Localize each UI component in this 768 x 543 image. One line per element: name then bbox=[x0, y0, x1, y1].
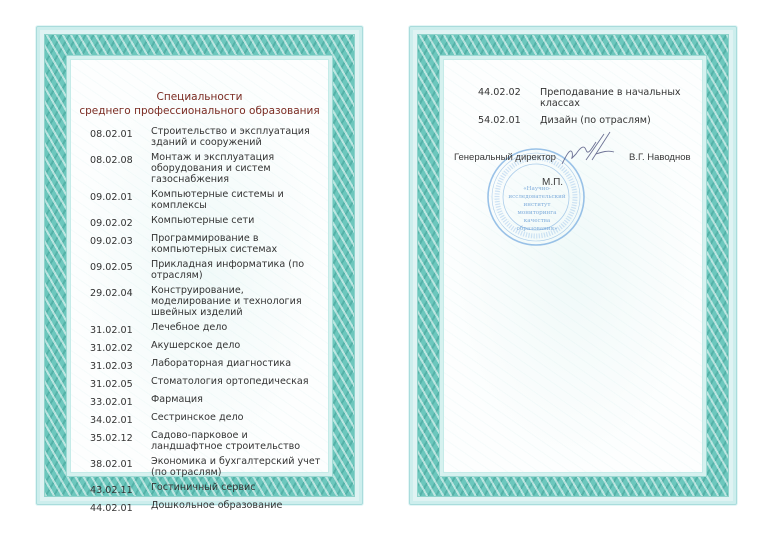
specialty-code: 31.02.02 bbox=[90, 340, 151, 354]
specialty-code: 35.02.12 bbox=[90, 430, 151, 452]
specialty-row: 44.02.02Преподавание в начальных классах bbox=[478, 87, 698, 109]
seal-label: М.П. bbox=[542, 177, 563, 188]
specialty-name: Программирование в компьютерных системах bbox=[151, 233, 322, 255]
specialty-name: Прикладная информатика (по отраслям) bbox=[151, 259, 322, 281]
specialty-row: 31.02.01Лечебное дело bbox=[90, 322, 322, 336]
left-page: Специальности среднего профессионального… bbox=[36, 26, 363, 505]
specialty-code: 43.02.11 bbox=[90, 482, 151, 496]
specialty-name: Лечебное дело bbox=[151, 322, 322, 336]
specialty-code: 34.02.01 bbox=[90, 412, 151, 426]
specialty-code: 08.02.08 bbox=[90, 152, 151, 185]
specialty-row: 09.02.05Прикладная информатика (по отрас… bbox=[90, 259, 322, 281]
specialty-name: Дизайн (по отраслям) bbox=[540, 115, 698, 126]
specialty-name: Компьютерные сети bbox=[151, 215, 322, 229]
specialty-row: 54.02.01Дизайн (по отраслям) bbox=[478, 115, 698, 126]
specialty-name: Конструирование, моделирование и техноло… bbox=[151, 285, 322, 318]
specialties-title: Специальности среднего профессионального… bbox=[71, 90, 328, 118]
specialty-row: 44.02.01Дошкольное образование bbox=[90, 500, 322, 514]
specialty-row: 34.02.01Сестринское дело bbox=[90, 412, 322, 426]
specialty-code: 31.02.05 bbox=[90, 376, 151, 390]
specialty-row: 29.02.04Конструирование, моделирование и… bbox=[90, 285, 322, 318]
specialty-name: Дошкольное образование bbox=[151, 500, 322, 514]
specialty-row: 38.02.01Экономика и бухгалтерский учет (… bbox=[90, 456, 322, 478]
specialty-code: 31.02.03 bbox=[90, 358, 151, 372]
specialty-row: 09.02.01Компьютерные системы и комплексы bbox=[90, 189, 322, 211]
page-content: Специальности среднего профессионального… bbox=[70, 59, 329, 473]
specialty-code: 31.02.01 bbox=[90, 322, 151, 336]
specialty-name: Экономика и бухгалтерский учет (по отрас… bbox=[151, 456, 322, 478]
specialty-code: 33.02.01 bbox=[90, 394, 151, 408]
specialty-row: 08.02.08Монтаж и эксплуатация оборудован… bbox=[90, 152, 322, 185]
specialty-code: 09.02.05 bbox=[90, 259, 151, 281]
specialty-code: 09.02.01 bbox=[90, 189, 151, 211]
specialty-name: Преподавание в начальных классах bbox=[540, 87, 698, 109]
right-page: 44.02.02Преподавание в начальных классах… bbox=[409, 26, 737, 505]
specialty-code: 29.02.04 bbox=[90, 285, 151, 318]
specialty-code: 44.02.01 bbox=[90, 500, 151, 514]
title-line-2: среднего профессионального образования bbox=[71, 104, 328, 118]
page-content: 44.02.02Преподавание в начальных классах… bbox=[443, 59, 703, 473]
specialty-name: Фармация bbox=[151, 394, 322, 408]
specialty-name: Строительство и эксплуатация зданий и со… bbox=[151, 126, 322, 148]
specialty-row: 08.02.01Строительство и эксплуатация зда… bbox=[90, 126, 322, 148]
specialty-name: Лабораторная диагностика bbox=[151, 358, 322, 372]
specialty-name: Стоматология ортопедическая bbox=[151, 376, 322, 390]
specialty-name: Сестринское дело bbox=[151, 412, 322, 426]
specialty-code: 08.02.01 bbox=[90, 126, 151, 148]
specialty-code: 38.02.01 bbox=[90, 456, 151, 478]
specialty-name: Акушерское дело bbox=[151, 340, 322, 354]
specialty-name: Садово-парковое и ландшафтное строительс… bbox=[151, 430, 322, 452]
specialties-list: 08.02.01Строительство и эксплуатация зда… bbox=[90, 126, 322, 518]
specialty-code: 09.02.03 bbox=[90, 233, 151, 255]
signature-icon bbox=[556, 130, 616, 170]
signatory-title: Генеральный директор bbox=[454, 152, 556, 163]
specialty-row: 43.02.11Гостиничный сервис bbox=[90, 482, 322, 496]
signatory-name: В.Г. Наводнов bbox=[629, 152, 691, 163]
specialty-row: 31.02.05Стоматология ортопедическая bbox=[90, 376, 322, 390]
specialty-row: 31.02.03Лабораторная диагностика bbox=[90, 358, 322, 372]
specialties-list-continued: 44.02.02Преподавание в начальных классах… bbox=[478, 87, 698, 132]
specialty-row: 31.02.02Акушерское дело bbox=[90, 340, 322, 354]
specialty-name: Гостиничный сервис bbox=[151, 482, 322, 496]
specialty-name: Компьютерные системы и комплексы bbox=[151, 189, 322, 211]
specialty-row: 09.02.02Компьютерные сети bbox=[90, 215, 322, 229]
specialty-name: Монтаж и эксплуатация оборудования и сис… bbox=[151, 152, 322, 185]
specialty-code: 54.02.01 bbox=[478, 115, 540, 126]
specialty-row: 33.02.01Фармация bbox=[90, 394, 322, 408]
specialty-code: 44.02.02 bbox=[478, 87, 540, 109]
specialty-row: 35.02.12Садово-парковое и ландшафтное ст… bbox=[90, 430, 322, 452]
specialty-code: 09.02.02 bbox=[90, 215, 151, 229]
title-line-1: Специальности bbox=[71, 90, 328, 104]
stamp-text: «Научно-исследовательский институт монит… bbox=[506, 185, 568, 233]
specialty-row: 09.02.03Программирование в компьютерных … bbox=[90, 233, 322, 255]
